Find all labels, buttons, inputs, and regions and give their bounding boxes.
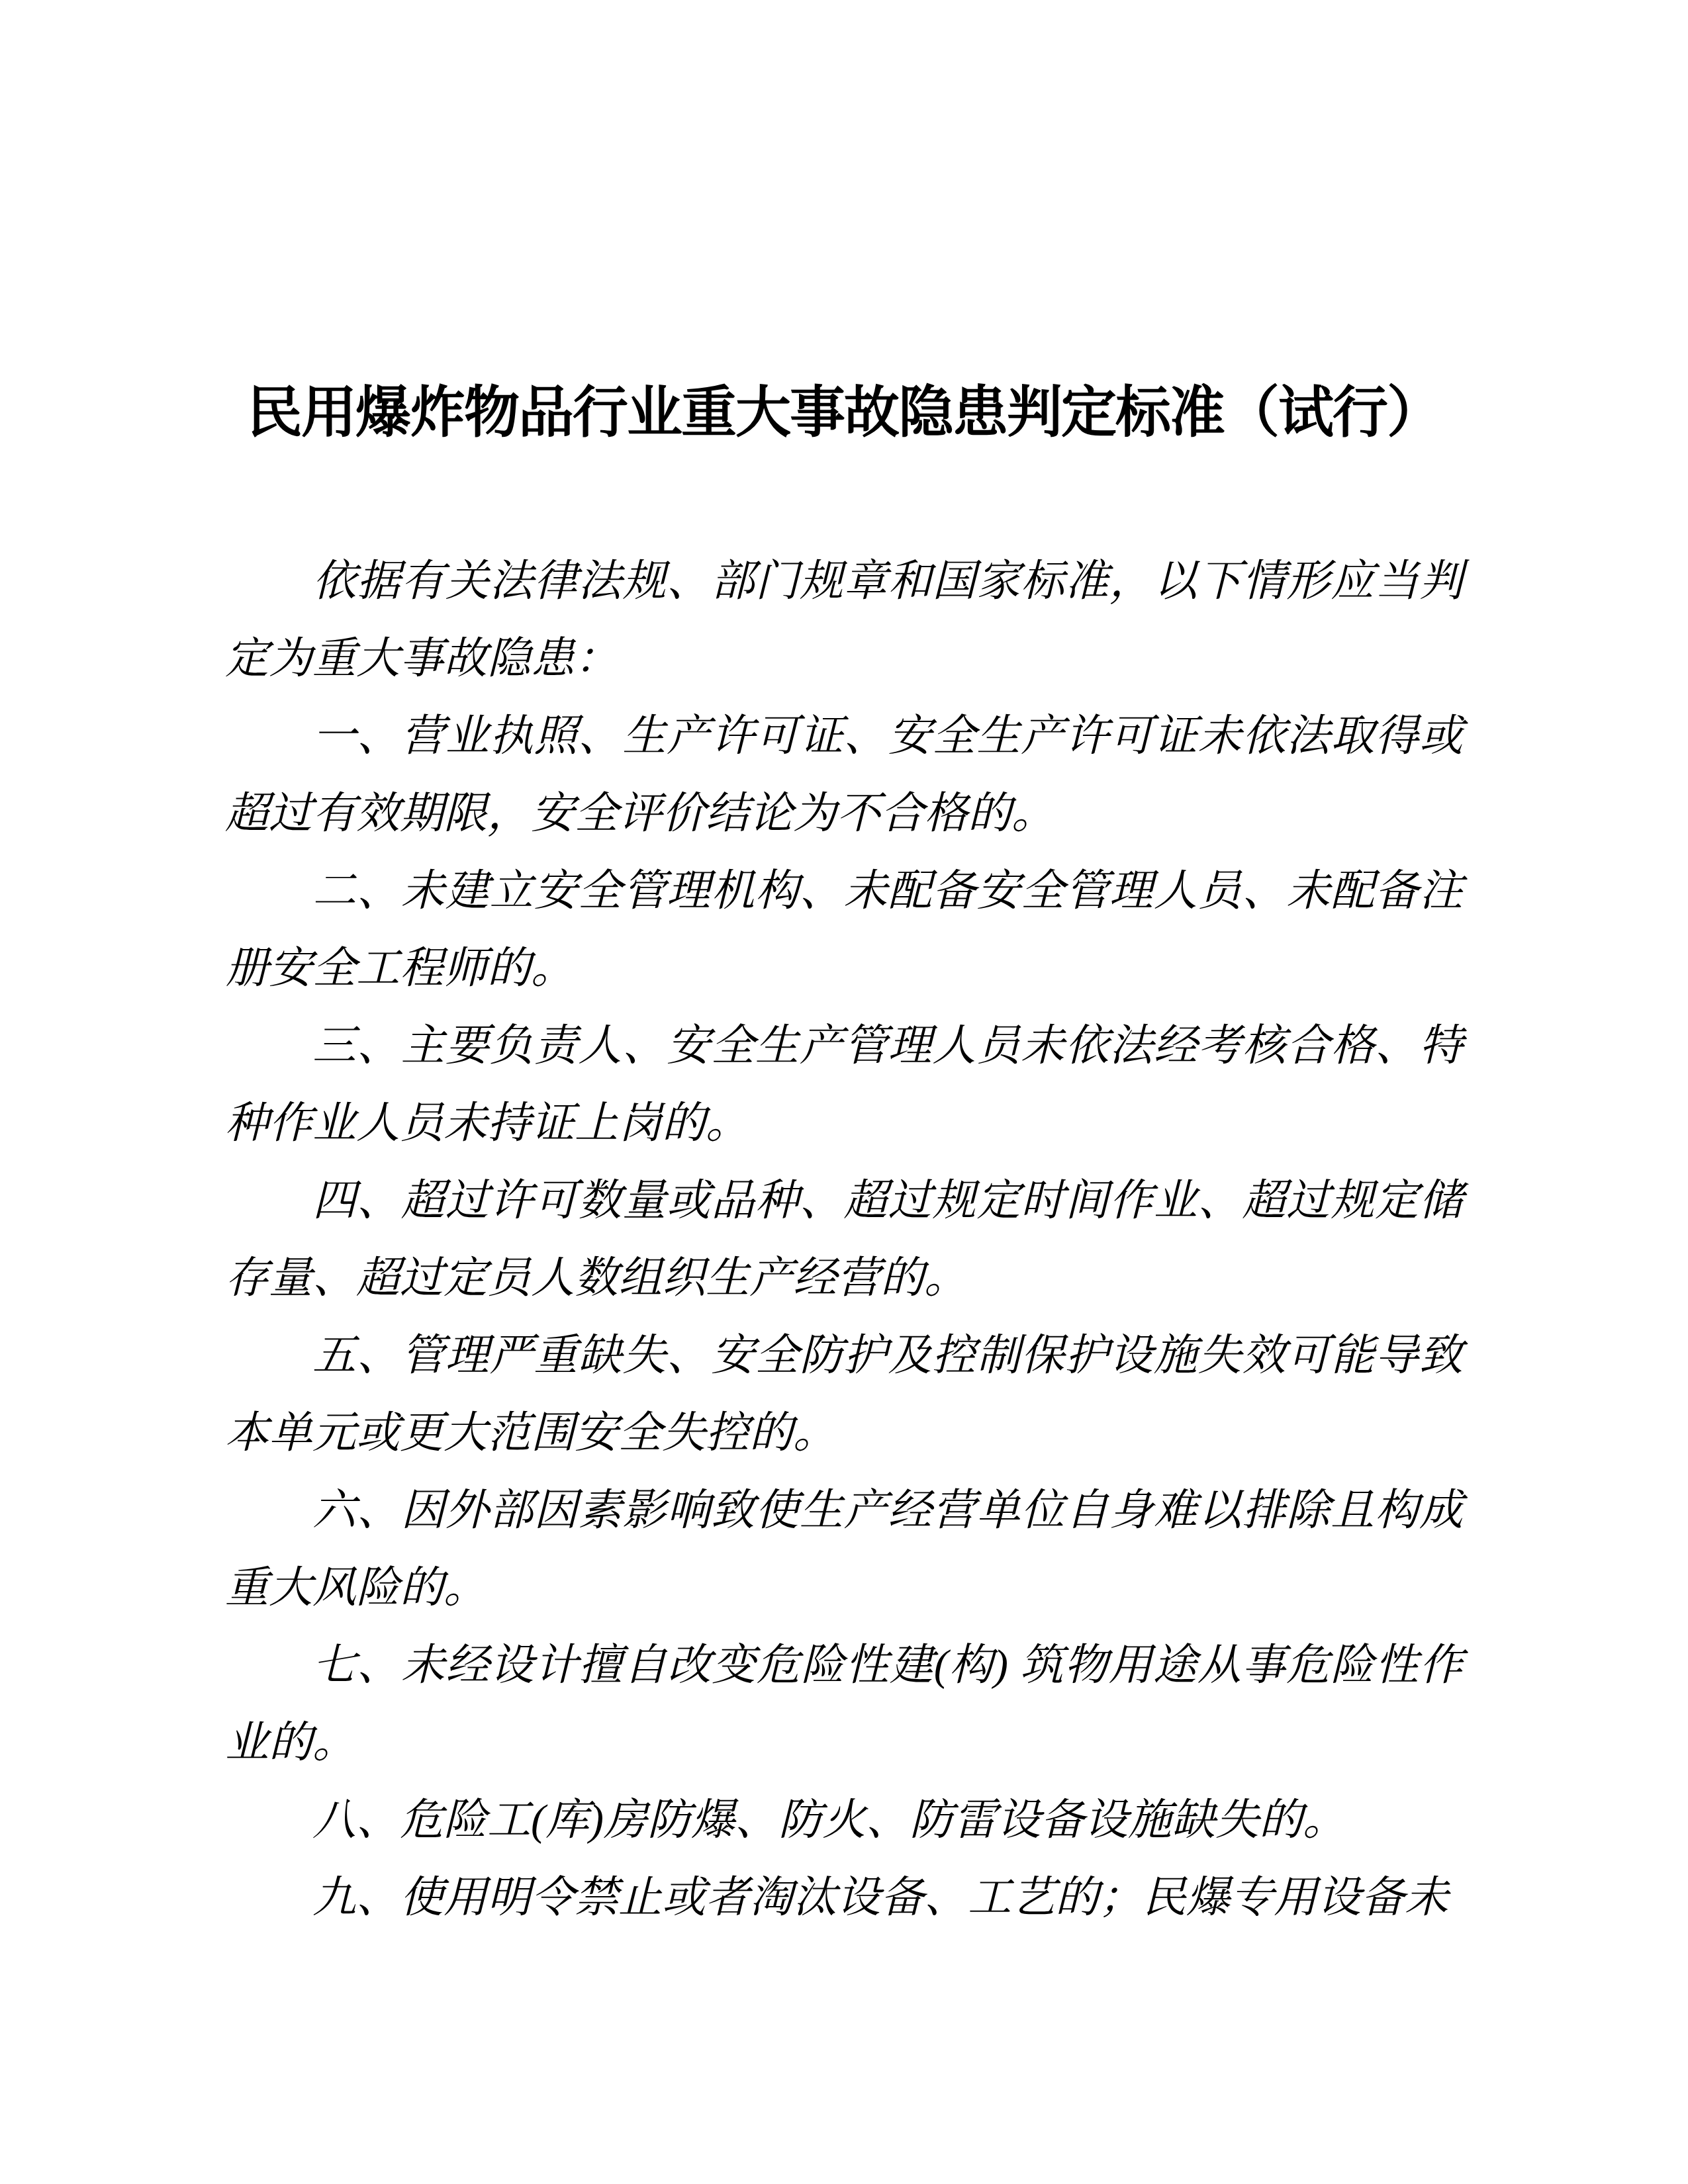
document-title: 民用爆炸物品行业重大事故隐患判定标准（试行） [225, 364, 1463, 463]
document-body: 依据有关法律法规、部门规章和国家标准，以下情形应当判定为重大事故隐患： 一、营业… [225, 543, 1463, 1936]
item-1-paragraph: 一、营业执照、生产许可证、安全生产许可证未依法取得或超过有效期限，安全评价结论为… [225, 698, 1463, 852]
intro-paragraph: 依据有关法律法规、部门规章和国家标准，以下情形应当判定为重大事故隐患： [225, 543, 1463, 698]
item-5-paragraph: 五、管理严重缺失、安全防护及控制保护设施失效可能导致本单元或更大范围安全失控的。 [225, 1317, 1463, 1472]
item-4-paragraph: 四、超过许可数量或品种、超过规定时间作业、超过规定储存量、超过定员人数组织生产经… [225, 1162, 1463, 1317]
item-2-paragraph: 二、未建立安全管理机构、未配备安全管理人员、未配备注册安全工程师的。 [225, 852, 1463, 1007]
item-8-paragraph: 八、危险工(库)房防爆、防火、防雷设备设施缺失的。 [225, 1782, 1463, 1859]
item-3-paragraph: 三、主要负责人、安全生产管理人员未依法经考核合格、特种作业人员未持证上岗的。 [225, 1007, 1463, 1162]
item-7-paragraph: 七、未经设计擅自改变危险性建(构) 筑物用途从事危险性作业的。 [225, 1627, 1463, 1782]
document-page: 民用爆炸物品行业重大事故隐患判定标准（试行） 依据有关法律法规、部门规章和国家标… [0, 0, 1688, 2184]
item-6-paragraph: 六、因外部因素影响致使生产经营单位自身难以排除且构成重大风险的。 [225, 1472, 1463, 1627]
item-9-paragraph: 九、使用明令禁止或者淘汰设备、工艺的；民爆专用设备未 [225, 1859, 1463, 1936]
